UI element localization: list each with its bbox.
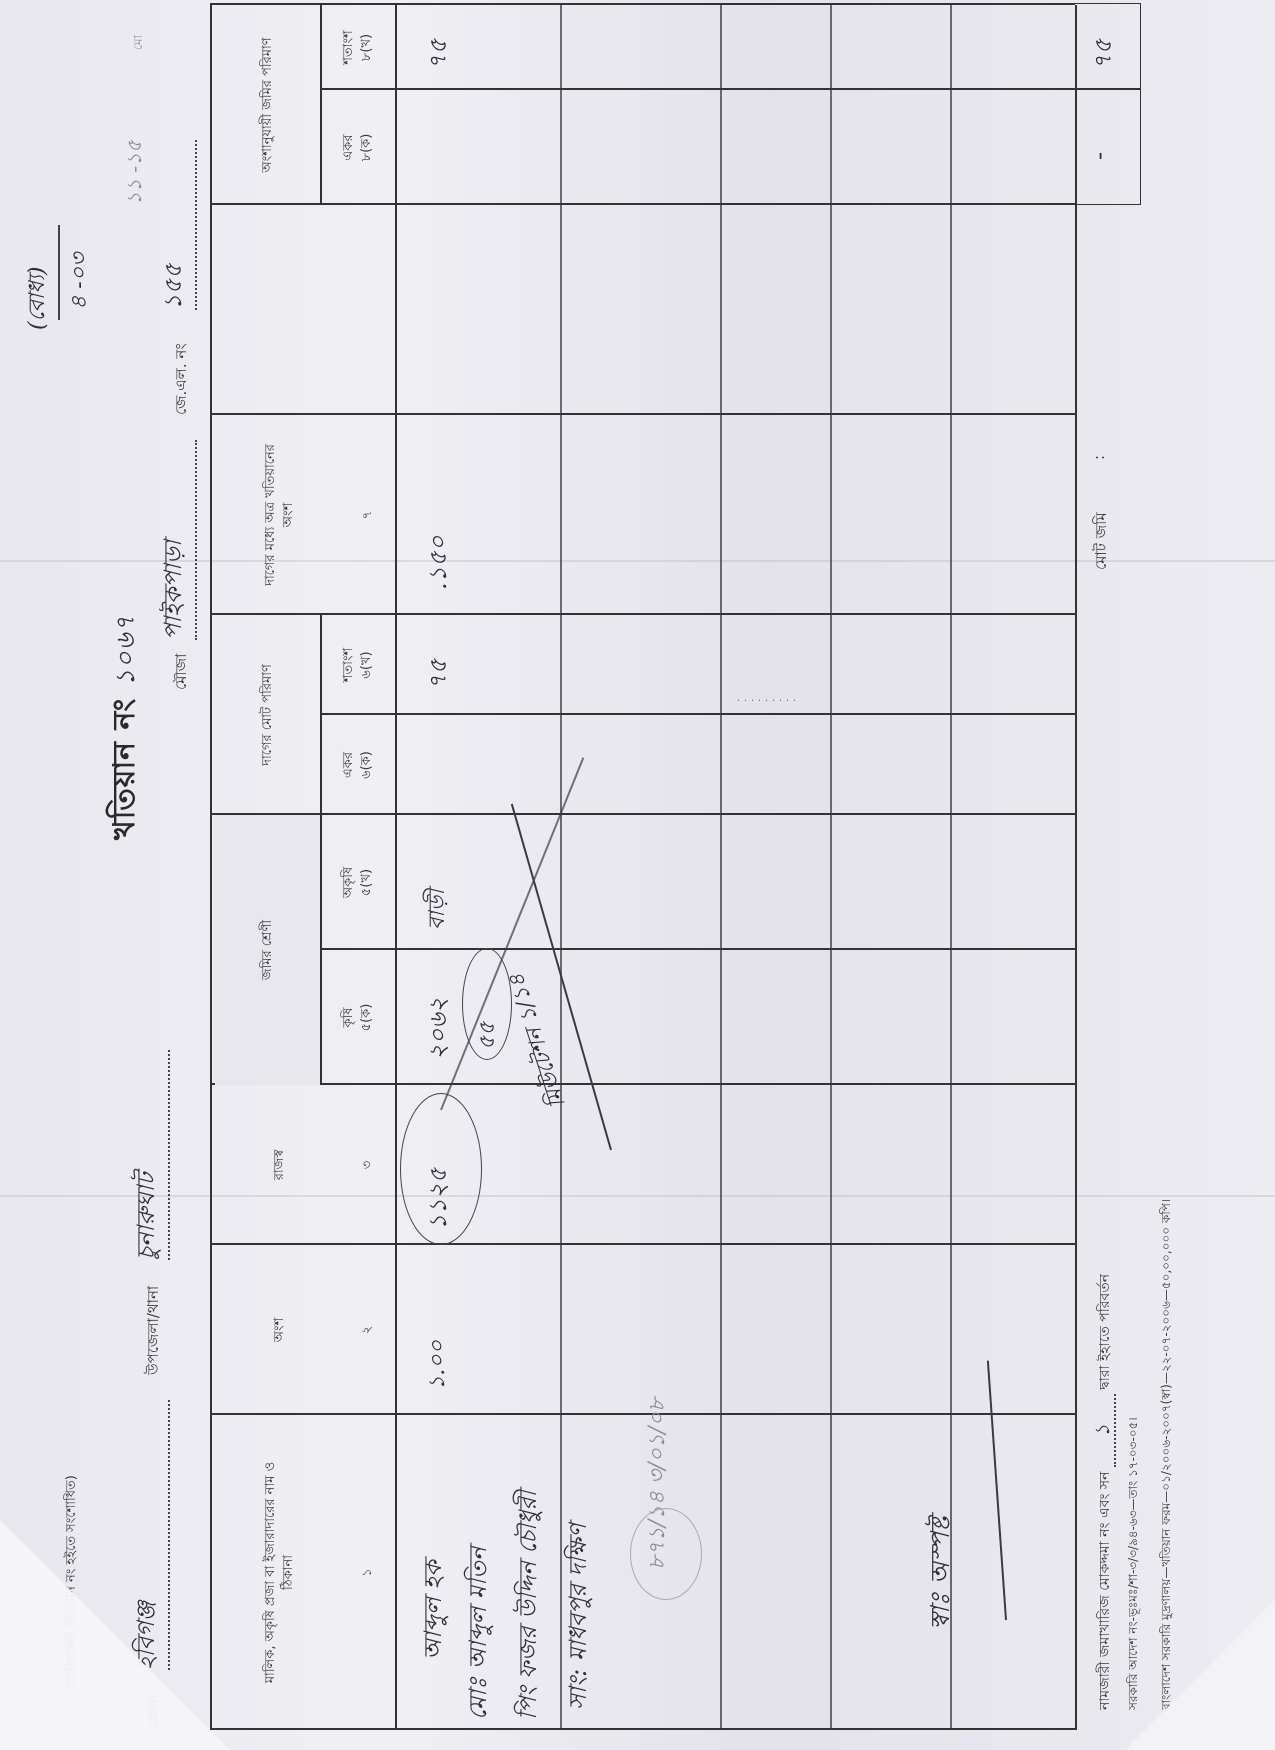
col-khatianshare-header: দাগের মধ্যে অত্র খতিয়ানের অংশ bbox=[215, 415, 345, 615]
subcol-area-acre: একর ৮(ক) bbox=[322, 90, 394, 205]
row-rule bbox=[560, 5, 562, 1730]
khatian-form: সেটেলমেন্ট খতিয়ান নং হইতে সংশোধিত) জেলা… bbox=[0, 0, 1275, 1750]
signature-underline bbox=[987, 1361, 1007, 1621]
subcol-num: ৫(খ) bbox=[358, 869, 376, 896]
col-label: অংশানুযায়ী জমির পরিমাণ bbox=[259, 30, 277, 180]
col-label: দাগের মধ্যে অত্র খতিয়ানের অংশ bbox=[262, 440, 297, 590]
col-num: ৭ bbox=[345, 415, 390, 615]
subcol-num: ৬(খ) bbox=[358, 651, 376, 678]
owner-name-1: আব্দুল হক bbox=[415, 1560, 455, 1660]
revenue-circle bbox=[400, 1093, 482, 1245]
col-num: ৩ bbox=[345, 1085, 390, 1245]
subcol-sep bbox=[320, 89, 1075, 91]
khatian-title: খতিয়ান নং ১০৬৭ bbox=[100, 615, 151, 840]
khatian-number: ১০৬৭ bbox=[111, 615, 141, 687]
owner-name-2: মোঃ আব্দুল মতিন bbox=[460, 1547, 500, 1720]
case-value: ১ bbox=[1090, 1394, 1116, 1467]
subcol-label: কৃষি bbox=[340, 1008, 358, 1028]
total-percent: ৭৫ bbox=[1085, 39, 1125, 70]
total-box-sep bbox=[1075, 89, 1140, 91]
jl-label: জে.এল. নং bbox=[170, 343, 195, 415]
subcol-acre: একর ৬(ক) bbox=[322, 715, 394, 815]
col-label: মালিক, অকৃষি প্রজা বা ইজারাদারের নাম ও ঠ… bbox=[262, 1458, 297, 1688]
col-num: ২ bbox=[345, 1245, 390, 1415]
subcol-agri: কৃষি ৫(ক) bbox=[322, 950, 394, 1085]
mouza-label: মৌজা bbox=[170, 654, 195, 690]
subcol-num: ৮(ক) bbox=[358, 134, 376, 162]
margin-mark: মো bbox=[130, 35, 150, 50]
page-corner-fold bbox=[0, 1520, 230, 1750]
upazila-label: উপজেলা/থানা bbox=[142, 1286, 167, 1375]
faint-stamp: · · · · · · · · · bbox=[737, 694, 796, 707]
col-owner-header: মালিক, অকৃষি প্রজা বা ইজারাদারের নাম ও ঠ… bbox=[215, 1415, 345, 1730]
subcol-num: ৫(ক) bbox=[358, 1004, 376, 1032]
case-suffix: দ্বারা ইহাতে পরিবর্তন bbox=[1097, 1274, 1113, 1390]
header-mark: ১১ -১৫ bbox=[120, 140, 153, 205]
page-corner-fold bbox=[1125, 1600, 1275, 1750]
row-rule bbox=[830, 5, 832, 1730]
total-acre: - bbox=[1085, 152, 1113, 160]
col-revenue-header: রাজস্ব bbox=[215, 1085, 345, 1245]
upazila-value: চুনারুঘাট bbox=[128, 1050, 170, 1260]
col-num: ১ bbox=[345, 1415, 390, 1730]
total-percent-value: ৭৫ bbox=[420, 659, 460, 690]
header-bottom-border bbox=[395, 5, 397, 1730]
subcol-label: একর bbox=[340, 752, 358, 778]
col-area-header: অংশানুযায়ী জমির পরিমাণ bbox=[215, 5, 320, 205]
row-rule bbox=[950, 5, 952, 1730]
total-box bbox=[1075, 3, 1141, 205]
subcol-label: একর bbox=[340, 134, 358, 160]
subcol-nonagri: অকৃষি ৫(খ) bbox=[322, 815, 394, 950]
khatian-share-value: .১৫০ bbox=[420, 536, 460, 590]
subcol-sep bbox=[320, 714, 1075, 716]
class-agri-value: বাড়ী bbox=[420, 889, 457, 930]
table-top-border bbox=[210, 5, 212, 1730]
subcol-num: ৮(খ) bbox=[358, 34, 376, 61]
subcol-num: ৬(ক) bbox=[358, 751, 376, 779]
mutation-case-line: নামজারী জমাখারিজ মোকদ্দমা নং এবং সন ১ দ্… bbox=[1088, 1274, 1121, 1710]
faint-circle bbox=[630, 1508, 702, 1600]
stamp-fraction-bottom: ৪ -০৩ bbox=[62, 253, 99, 310]
share-value: ১.০০ bbox=[420, 1340, 457, 1390]
subcol-area-percent: শতাংশ ৮(খ) bbox=[322, 5, 394, 90]
area-percent-value: ৭৫ bbox=[420, 39, 460, 70]
subcol-label: অকৃষি bbox=[340, 867, 358, 898]
dag-circle bbox=[462, 948, 512, 1060]
signature: স্বাঃ অস্পষ্ট bbox=[920, 1517, 964, 1630]
subcol-label: শতাংশ bbox=[340, 30, 358, 65]
table-bottom-border bbox=[1075, 5, 1077, 1730]
fraction-bar bbox=[58, 225, 60, 320]
total-label: মোট জমি bbox=[1090, 512, 1115, 570]
total-separator: : bbox=[1090, 455, 1108, 460]
stamp-fraction-top: (বোধ্য) bbox=[20, 267, 57, 330]
subcol-label: শতাংশ bbox=[340, 648, 358, 683]
col-share-header: অংশ bbox=[215, 1245, 345, 1415]
row-rule bbox=[720, 5, 722, 1730]
col-label: জমির শ্রেণী bbox=[259, 920, 277, 980]
col-dagtotal-header: দাগের মোট পরিমাণ bbox=[215, 615, 320, 815]
owner-father: পিং ফজর উদ্দিন চৌধুরী bbox=[510, 1491, 550, 1720]
subcol-percent: শতাংশ ৬(খ) bbox=[322, 615, 394, 715]
khatian-label: খতিয়ান নং bbox=[107, 698, 142, 840]
subcol-sep bbox=[320, 949, 1075, 951]
mouza-value: পাইকপাড়া bbox=[155, 440, 197, 640]
case-label: নামজারী জমাখারিজ মোকদ্দমা নং এবং সন bbox=[1097, 1471, 1113, 1710]
col-blank-header bbox=[215, 205, 390, 415]
col-landclass-header: জমির শ্রেণী bbox=[215, 815, 320, 1085]
owner-address: সাং: মাধবপুর দক্ষিণ bbox=[560, 1523, 600, 1710]
col-label: দাগের মোট পরিমাণ bbox=[259, 664, 277, 766]
jl-value: ১৫৫ bbox=[155, 140, 197, 310]
dag-no-value: ২০৬২ bbox=[420, 998, 460, 1060]
